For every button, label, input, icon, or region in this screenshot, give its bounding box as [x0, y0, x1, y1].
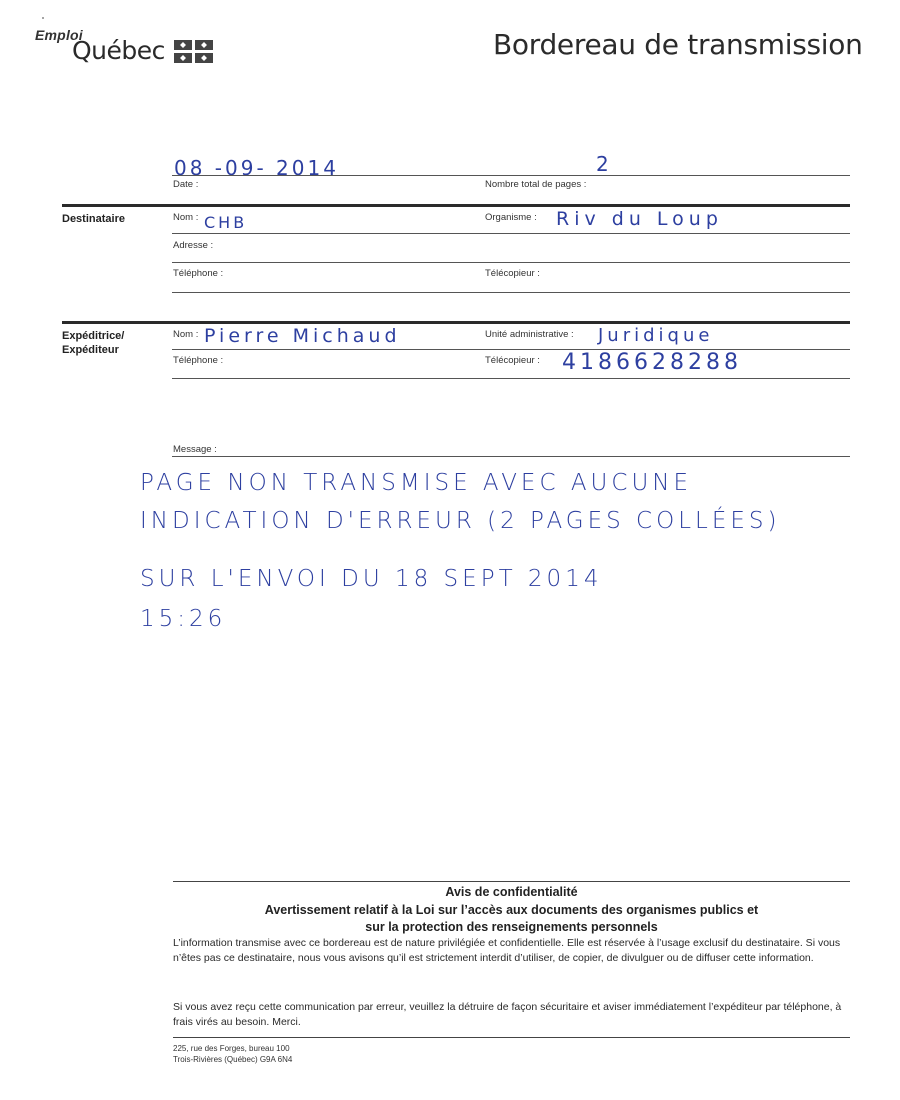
footer-top-divider [173, 881, 850, 882]
recipient-address-underline [172, 262, 850, 263]
fleur-de-lis-icon [174, 53, 192, 63]
sender-section-label: Expéditrice/ Expéditeur [62, 329, 124, 357]
sender-fax-label: Télécopieur : [485, 355, 540, 366]
sender-section-label-line-1: Expéditrice/ [62, 329, 124, 343]
recipient-organization-label: Organisme : [485, 212, 537, 223]
recipient-divider [62, 204, 850, 207]
footer-bottom-divider [173, 1037, 850, 1038]
recipient-phone-underline [172, 292, 850, 293]
recipient-name-underline [172, 233, 850, 234]
recipient-name-value[interactable]: CHB [204, 213, 247, 232]
date-label: Date : [173, 179, 198, 190]
message-underline [172, 456, 850, 457]
sender-phone-underline [172, 378, 850, 379]
address-line-2: Trois-Rivières (Québec) G9A 6N4 [173, 1054, 292, 1065]
sender-name-label: Nom : [173, 329, 198, 340]
total-pages-value[interactable]: 2 [596, 152, 612, 176]
recipient-fax-label: Télécopieur : [485, 268, 540, 279]
sender-divider [62, 321, 850, 324]
recipient-address-label: Adresse : [173, 240, 213, 251]
document-title: Bordereau de transmission [493, 28, 863, 61]
recipient-phone-label: Téléphone : [173, 268, 223, 279]
message-line-1[interactable]: PAGE NON TRANSMISE AVEC AUCUNE [140, 470, 692, 496]
date-underline [172, 175, 850, 176]
confidentiality-subtitle-1: Avertissement relatif à la Loi sur l’acc… [173, 903, 850, 917]
confidentiality-title: Avis de confidentialité [173, 885, 850, 899]
sender-fax-value[interactable]: 4186628288 [562, 350, 742, 375]
fleur-de-lis-icon [195, 53, 213, 63]
confidentiality-paragraph-2: Si vous avez reçu cette communication pa… [173, 1000, 853, 1030]
fleur-de-lis-icon [174, 40, 192, 50]
message-label: Message : [173, 444, 217, 455]
sender-name-value[interactable]: Pierre Michaud [204, 325, 401, 347]
message-line-3[interactable]: SUR L'ENVOI DU 18 SEPT 2014 [140, 566, 602, 592]
confidentiality-subtitle-2: sur la protection des renseignements per… [173, 920, 850, 934]
date-value[interactable]: 08 -09- 2014 [174, 156, 339, 180]
sender-admin-unit-value[interactable]: Juridique [598, 325, 713, 346]
sender-phone-label: Téléphone : [173, 355, 223, 366]
total-pages-label: Nombre total de pages : [485, 179, 586, 190]
confidentiality-paragraph-1: L’information transmise avec ce borderea… [173, 936, 853, 966]
message-line-4[interactable]: 15:26 [140, 606, 226, 632]
recipient-name-label: Nom : [173, 212, 198, 223]
recipient-organization-value[interactable]: Riv du Loup [556, 208, 723, 230]
recipient-section-label: Destinataire [62, 212, 125, 226]
address-line-1: 225, rue des Forges, bureau 100 [173, 1043, 292, 1054]
message-line-2[interactable]: INDICATION D'ERREUR (2 PAGES COLLÉES) [140, 508, 780, 534]
sender-admin-unit-label: Unité administrative : [485, 329, 574, 340]
logo-quebec-text: Québec [72, 36, 165, 65]
office-address: 225, rue des Forges, bureau 100 Trois-Ri… [173, 1043, 292, 1065]
sender-name-underline [172, 349, 850, 350]
logo-mark [42, 17, 44, 19]
quebec-flag-icon [174, 40, 214, 64]
sender-section-label-line-2: Expéditeur [62, 343, 124, 357]
fleur-de-lis-icon [195, 40, 213, 50]
